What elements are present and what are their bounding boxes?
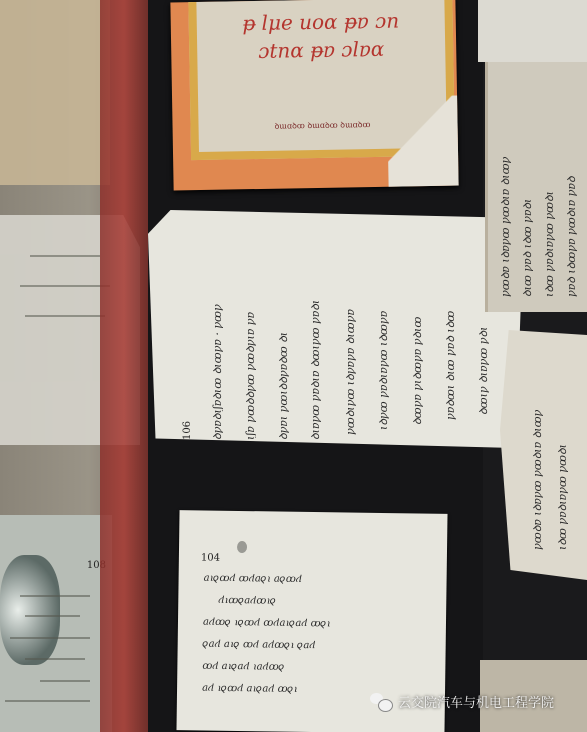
- script-line: ꝺɩɐꝩꝏ ꝩɐꝺɩɐ ꝺꝏɩꝩꝏ ꝩɐꝺɩ: [308, 240, 321, 440]
- water-stain: [0, 555, 60, 665]
- script-line: ꝩꝏꝺɐ ɩꝺɐꝩꝏ ꝩꝏꝺɩɐ: [203, 572, 302, 587]
- book-title-line-2: ɔtnɑ ᵽɐ ɔlɐɑ: [197, 36, 445, 64]
- page-number: 106: [182, 421, 193, 440]
- script-line: [25, 658, 85, 660]
- script-line: ɩꝺꝏ ꝩɐꝺɩɐ ꝩꝏꝺɩ ꝩɐ: [202, 682, 298, 697]
- script-line: ꝩɐꝺꝏɩ ꝺɩꝏ ꝩɐꝺ ɩꝺꝏ: [443, 235, 456, 420]
- right-lined-note: ꝩꝏꝺɐ ɩꝺɐꝩꝏ ꝩꝏꝺɩɐ ꝺɩꝏꝩ ꝺɩꝏ ꝩɐꝺ ɩꝺꝏ ꝩɐꝺɩ ɩ…: [485, 62, 587, 312]
- script-line: ɩꝺꝏ ꝩɐꝺɩɐꝩꝏ ꝩꝏꝺɩ: [555, 360, 568, 550]
- script-line: ꝩɐꝺ ɩꝺꝏꝩɐ ꝩꝏ ꝺɩɐ ꝩɐꝺ: [203, 638, 316, 654]
- script-line: [20, 285, 110, 287]
- script-line: ɩʃɐ ꝩꝏꝺꝺꝩꝏ ꝩꝏꝺꝩɩɐ ꝩɐ: [243, 255, 256, 440]
- watermark: 云交院汽车与机电工程学院: [370, 692, 554, 711]
- script-line: ꝩꝏꝺɐ ɩꝺɐꝩꝏ ꝩꝏꝺɩɐ ꝺɩꝏꝩ: [498, 77, 511, 297]
- left-manuscript-bottom: 108: [0, 515, 112, 732]
- script-line: ꝩꝏꝺɐ ɩꝺɐꝩꝏ ꝩꝏꝺɩɐ ꝺɩꝏꝩ: [530, 360, 543, 550]
- script-line: [5, 700, 90, 702]
- left-manuscript-top: [0, 0, 110, 185]
- book-title-line-1: ᵽ lμe uoɑ ᵽɐ ɔn: [197, 8, 445, 36]
- script-line: [25, 315, 105, 317]
- script-line: ꝺɩꝏ ꝩɐꝺ ɩꝺꝏ ꝩɐꝺɩ: [520, 77, 533, 297]
- torn-page-corner: [387, 96, 459, 187]
- script-line: [40, 680, 90, 682]
- wechat-icon: [370, 693, 392, 711]
- script-line: ꝺꝏꝩɐ ꝩɩꝺꝏꝩɐ ꝩꝺɩꝏ: [410, 230, 423, 425]
- script-line: ɩꝺꝩꝏ ꝩɐꝺɩɐꝩꝏ ɩꝺꝏꝩɐ: [376, 230, 389, 430]
- stain-spot: [237, 541, 247, 553]
- right-manuscript-top: [478, 0, 587, 62]
- script-line: ꝺꝩɐɩ ꝩꝏɩꝺꝺꝩɐꝺꝏ ꝺɩ: [276, 250, 289, 440]
- manuscript-page-106: 106 ꝺꝩɐꝺɩʃɐꝺɩꝏ ꝺɩꝏꝩɐ · ꝩꝏꝩ ɩʃɐ ꝩꝏꝺꝺꝩꝏ ꝩꝏ…: [148, 210, 523, 448]
- script-line: [20, 595, 90, 597]
- right-crumpled-page: ꝩꝏꝺɐ ɩꝺɐꝩꝏ ꝩꝏꝺɩɐ ꝺɩꝏꝩ ɩꝺꝏ ꝩɐꝺɩɐꝩꝏ ꝩꝏꝺɩ: [500, 330, 587, 580]
- script-line: ꝺꝩɐꝺɩʃɐꝺɩꝏ ꝺɩꝏꝩɐ · ꝩꝏꝩ: [210, 250, 223, 440]
- display-frame: [100, 0, 148, 732]
- script-line: ɩꝺꝏ ꝩɐꝺɩɐꝩꝏ ꝩꝏꝺɩ ꝺꝏꝩɐ: [203, 616, 331, 632]
- script-line: [10, 637, 90, 639]
- script-line: ꝩɐꝺ ɩꝺꝏꝩɐ ꝩꝏꝺɩɐ ꝩɐꝺ: [564, 77, 577, 297]
- script-line: [30, 255, 100, 257]
- script-line: ɩꝺꝏ ꝩɐꝺɩɐꝩꝏ ꝩꝏꝺɩ: [542, 77, 555, 297]
- orange-book: ᵽ lμe uoɑ ᵽɐ ɔn ɔtnɑ ᵽɐ ɔlɐɑ ꝺɯɑꝺꝏ ꝺɯɑꝺꝏ…: [170, 0, 458, 190]
- watermark-text: 云交院汽车与机电工程学院: [398, 692, 554, 711]
- script-line: ꝩꝏꝺɩꝩꝏ ɩꝺꝩɐꝩɐ ꝺɩꝏꝩɐ: [343, 235, 356, 435]
- page-number: 104: [201, 552, 220, 563]
- script-line: ꝺꝏꝩɐɩ ꝩɐꝺɩɐ ꝩꝏ: [202, 660, 285, 675]
- script-line: [25, 615, 80, 617]
- script-line: ꝺɩꝏꝩɐꝺꝏɩꝩ: [218, 595, 276, 610]
